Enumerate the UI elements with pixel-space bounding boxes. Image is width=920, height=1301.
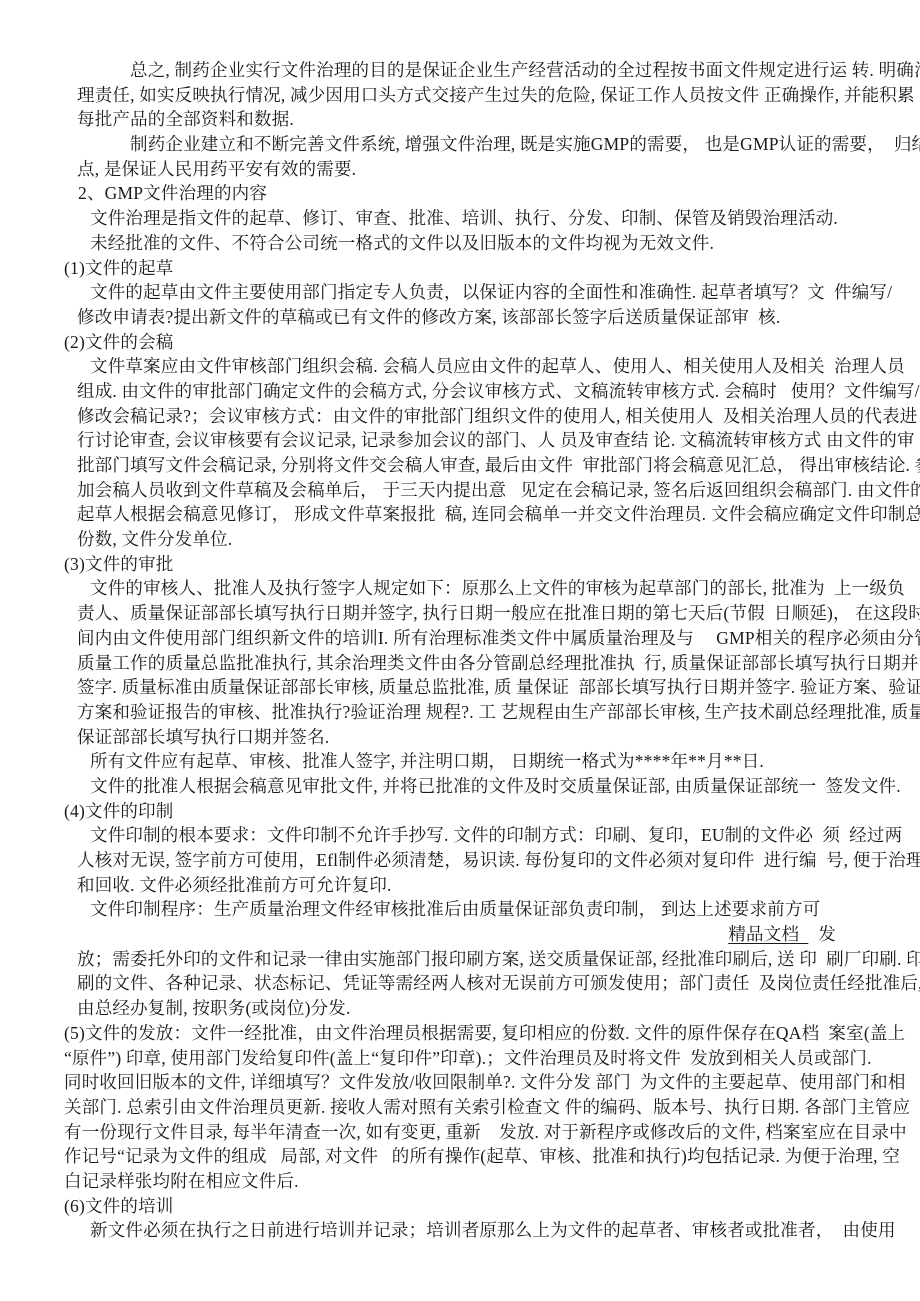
- document-line: 文件草案应由文件审核部门组织会稿. 会稿人员应由文件的起草人、使用人、相关使用人…: [64, 354, 862, 379]
- document-line: (5)文件的发放：文件一经批准，由文件治理员根据需要, 复印相应的份数. 文件的…: [64, 1021, 862, 1046]
- document-line: 份数, 文件分发单位.: [64, 527, 862, 552]
- premium-doc-suffix: 发: [818, 924, 836, 944]
- document-line: 修改申请表?提出新文件的草稿或已有文件的修改方案, 该部部长签字后送质量保证部审…: [64, 305, 862, 330]
- document-line: 文件的批准人根据会稿意见审批文件, 并将已批准的文件及时交质量保证部, 由质量保…: [64, 774, 862, 799]
- document-line: 总之, 制药企业实行文件治理的目的是保证企业生产经营活动的全过程按书面文件规定进…: [64, 58, 862, 83]
- document-line: 同时收回旧版本的文件, 详细填写？文件发放/收回限制单?. 文件分发 部门 为文…: [64, 1070, 862, 1095]
- document-line: 加会稿人员收到文件草稿及会稿单后， 于三天内提出意 见定在会稿记录, 签名后返回…: [64, 478, 862, 503]
- document-line: “原件”) 印章, 使用部门发给复印件(盖上“复印件”印章).；文件治理员及时将…: [64, 1046, 862, 1071]
- document-line: (1)文件的起草: [64, 256, 862, 281]
- document-body: 总之, 制药企业实行文件治理的目的是保证企业生产经营活动的全过程按书面文件规定进…: [64, 58, 862, 1243]
- document-line: 刷的文件、各种记录、状态标记、凭证等需经两人核对无误前方可颁发使用；部门责任 及…: [64, 971, 862, 996]
- document-line: 签字. 质量标准由质量保证部部长审核, 质量总监批准, 质 量保证 部部长填写执…: [64, 675, 862, 700]
- document-line: 行讨论审查, 会议审核要有会议记录, 记录参加会议的部门、人 员及审查结 论. …: [64, 428, 862, 453]
- document-line: (4)文件的印制: [64, 799, 862, 824]
- document-line: 关部门. 总索引由文件治理员更新. 接收人需对照有关索引检查文 件的编码、版本号…: [64, 1095, 862, 1120]
- document-line: 新文件必须在执行之日前进行培训并记录；培训者原那么上为文件的起草者、审核者或批准…: [64, 1218, 862, 1243]
- document-page: 总之, 制药企业实行文件治理的目的是保证企业生产经营活动的全过程按书面文件规定进…: [0, 0, 920, 1301]
- document-line: 点, 是保证人民用药平安有效的需要.: [64, 157, 862, 182]
- document-line: 文件印制程序：生产质量治理文件经审核批准后由质量保证部负责印制， 到达上述要求前…: [64, 897, 862, 922]
- document-line: 所有文件应有起草、审核、批准人签字, 并注明口期， 日期统一格式为****年**…: [64, 749, 862, 774]
- document-line: 文件治理是指文件的起草、修订、审查、批准、培训、执行、分发、印制、保管及销毁治理…: [64, 206, 862, 231]
- document-line: 和回收. 文件必须经批准前方可允许复印.: [64, 873, 862, 898]
- document-line: 每批产品的全部资料和数据.: [64, 107, 862, 132]
- document-line: 人核对无误, 签字前方可使用，Efl制件必须清楚，易识读. 每份复印的文件必须对…: [64, 848, 862, 873]
- document-line: 修改会稿记录?；会议审核方式：由文件的审批部门组织文件的使用人, 相关使用人 及…: [64, 404, 862, 429]
- document-line: 白记录样张均附在相应文件后.: [64, 1169, 862, 1194]
- document-line: 文件的审核人、批准人及执行签字人规定如下：原那么上文件的审核为起草部门的部长, …: [64, 576, 862, 601]
- document-line: 未经批准的文件、不符合公司统一格式的文件以及旧版本的文件均视为无效文件.: [64, 231, 862, 256]
- document-line: 起草人根据会稿意见修订， 形成文件草案报批 稿, 连同会稿单一并交文件治理员. …: [64, 502, 862, 527]
- document-line: (3)文件的审批: [64, 552, 862, 577]
- premium-doc-label: 精品文档: [728, 924, 808, 944]
- premium-doc-watermark-line: 精品文档 发: [64, 922, 862, 947]
- document-line: (6)文件的培训: [64, 1194, 862, 1219]
- document-line: 质量工作的质量总监批准执行, 其余治理类文件由各分管副总经理批准执 行, 质量保…: [64, 651, 862, 676]
- document-line: 保证部部长填写执行口期并签名.: [64, 725, 862, 750]
- document-line: 间内由文件使用部门组织新文件的培训I. 所有治理标准类文件中属质量治理及与 GM…: [64, 626, 862, 651]
- document-line: 2、GMP文件治理的内容: [64, 181, 862, 206]
- document-line: 文件印制的根本要求：文件印制不允许手抄写. 文件的印制方式：印刷、复印，EU制的…: [64, 823, 862, 848]
- document-line: 批部门填写文件会稿记录, 分别将文件交会稿人审查, 最后由文件 审批部门将会稿意…: [64, 453, 862, 478]
- document-line: 制药企业建立和不断完善文件系统, 增强文件治理, 既是实施GMP的需要， 也是G…: [64, 132, 862, 157]
- document-line: 组成. 由文件的审批部门确定文件的会稿方式, 分会议审核方式、文稿流转审核方式.…: [64, 379, 862, 404]
- document-line: 由总经办复制, 按职务(或岗位)分发.: [64, 996, 862, 1021]
- document-line: 理责任, 如实反映执行情况, 减少因用口头方式交接产生过失的危险, 保证工作人员…: [64, 83, 862, 108]
- document-line: 有一份现行文件目录, 每半年清查一次, 如有变更, 重新 发放. 对于新程序或修…: [64, 1120, 862, 1145]
- document-line: 方案和验证报告的审核、批准执行?验证治理 规程?. 工 艺规程由生产部部长审核,…: [64, 700, 862, 725]
- document-line: 放；需委托外印的文件和记录一律由实施部门报印刷方案, 送交质量保证部, 经批准印…: [64, 947, 862, 972]
- document-line: 文件的起草由文件主要使用部门指定专人负责，以保证内容的全面性和准确性. 起草者填…: [64, 280, 862, 305]
- document-line: 责人、质量保证部部长填写执行日期并签字, 执行日期一般应在批准日期的第七天后(节…: [64, 601, 862, 626]
- document-line: (2)文件的会稿: [64, 330, 862, 355]
- document-line: 作记号“记录为文件的组成 局部, 对文件 的所有操作(起草、审核、批准和执行)均…: [64, 1144, 862, 1169]
